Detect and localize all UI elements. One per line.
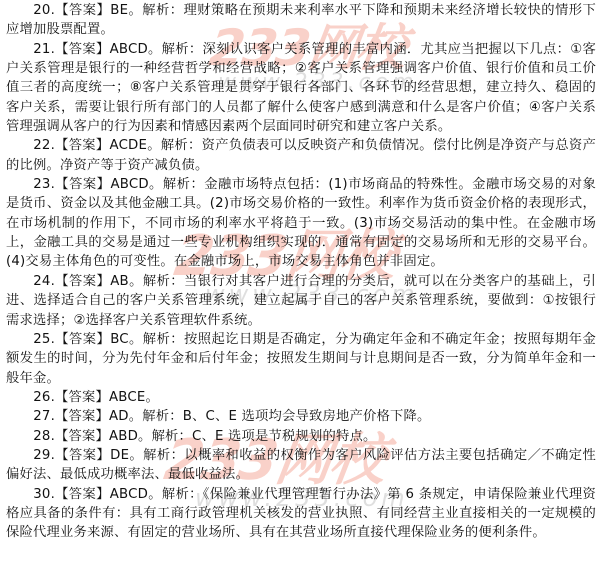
answer-item-28: 28.【答案】ABD。解析：C、E 选项是节税规划的特点。	[6, 427, 596, 446]
answer-item-22: 22.【答案】ACDE。解析：资产负债表可以反映资产和负债情况。偿付比例是净资产…	[6, 136, 596, 175]
answer-label: 【答案】	[55, 487, 110, 502]
answer-choice: BC。	[110, 332, 143, 347]
answer-choice: ABCD。	[110, 177, 162, 192]
question-number: 27.	[33, 409, 55, 424]
answer-label: 【答案】	[55, 390, 109, 405]
question-number: 21.	[33, 42, 55, 57]
answer-choice: AD。	[109, 409, 142, 424]
answer-label: 【答案】	[55, 429, 109, 444]
question-number: 22.	[33, 138, 55, 153]
answer-item-25: 25.【答案】BC。解析：按照起讫日期是否确定，分为确定年金和不确定年金；按照每…	[6, 330, 596, 388]
question-number: 25.	[33, 332, 55, 347]
answer-explanation: 解析：B、C、E 选项均会导致房地产价格下降。	[142, 409, 430, 424]
answer-key-document: 20.【答案】BE。解析：理财策略在预期未来利率水平下降和预期未来经济增长较快的…	[6, 1, 596, 543]
answer-explanation: 解析：C、E 选项是节税规划的特点。	[152, 429, 377, 444]
question-number: 26.	[33, 390, 55, 405]
question-number: 20.	[33, 3, 55, 18]
answer-label: 【答案】	[55, 42, 110, 57]
answer-choice: ACDE。	[110, 138, 161, 153]
answer-label: 【答案】	[55, 448, 110, 463]
answer-item-24: 24.【答案】AB。解析：当银行对其客户进行合理的分类后，就可以在分类客户的基础…	[6, 272, 596, 330]
answer-item-23: 23.【答案】ABCD。解析：金融市场特点包括：(1)市场商品的特殊性。金融市场…	[6, 175, 596, 272]
question-number: 29.	[33, 448, 55, 463]
answer-choice: ABD。	[109, 429, 152, 444]
answer-choice: AB。	[110, 274, 143, 289]
answer-choice: DE。	[110, 448, 143, 463]
answer-item-21: 21.【答案】ABCD。解析：深刻认识客户关系管理的丰富内涵．尤其应当把握以下几…	[6, 40, 596, 137]
question-number: 24.	[33, 274, 55, 289]
answer-item-29: 29.【答案】DE。解析：以概率和收益的权衡作为客户风险评估方法主要包括确定／不…	[6, 446, 596, 485]
answer-label: 【答案】	[55, 409, 109, 424]
question-number: 23.	[33, 177, 55, 192]
answer-label: 【答案】	[55, 3, 110, 18]
answer-choice: ABCD。	[110, 42, 162, 57]
answer-label: 【答案】	[55, 138, 110, 153]
answer-label: 【答案】	[55, 274, 110, 289]
answer-label: 【答案】	[55, 332, 110, 347]
answer-item-26: 26.【答案】ABCE。	[6, 388, 596, 407]
answer-label: 【答案】	[55, 177, 110, 192]
answer-item-27: 27.【答案】AD。解析：B、C、E 选项均会导致房地产价格下降。	[6, 407, 596, 426]
question-number: 30.	[33, 487, 55, 502]
answer-item-20: 20.【答案】BE。解析：理财策略在预期未来利率水平下降和预期未来经济增长较快的…	[6, 1, 596, 40]
answer-choice: ABCE。	[109, 390, 159, 405]
question-number: 28.	[33, 429, 55, 444]
answer-item-30: 30.【答案】ABCD。解析：《保险兼业代理管理暂行办法》第 6 条规定，申请保…	[6, 485, 596, 543]
answer-choice: BE。	[110, 3, 142, 18]
answer-choice: ABCD。	[110, 487, 162, 502]
